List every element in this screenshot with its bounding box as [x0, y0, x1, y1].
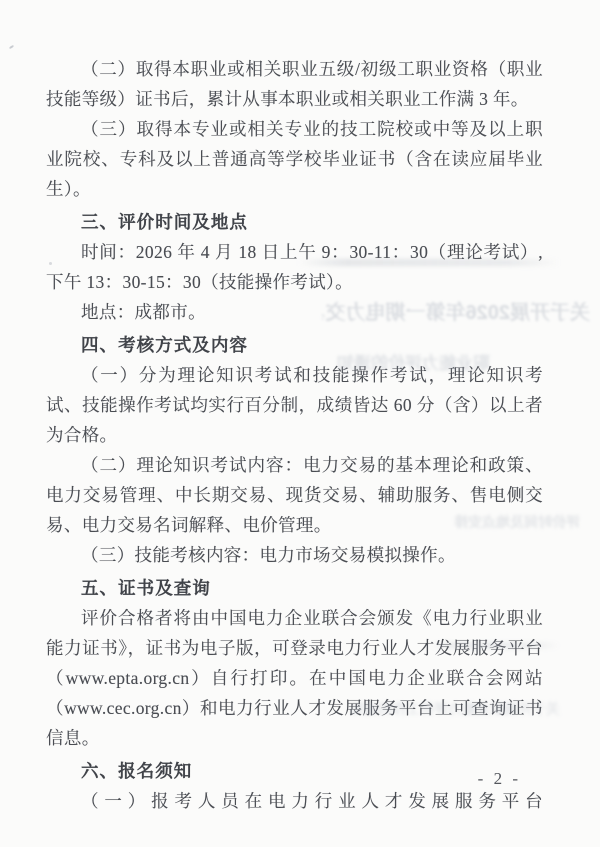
page-number: - 2 -: [478, 769, 521, 789]
document-page: （二）取得本职业或相关职业五级/初级工职业资格（职业技能等级）证书后，累计从事本…: [0, 0, 600, 847]
paragraph-theory-content: （二）理论知识考试内容：电力交易的基本理论和政策、电力交易管理、中长期交易、现货…: [46, 450, 543, 540]
paragraph-eligibility-2: （二）取得本职业或相关职业五级/初级工职业资格（职业技能等级）证书后，累计从事本…: [46, 54, 543, 114]
scan-speck: [9, 45, 14, 50]
paragraph-eligibility-3: （三）取得本专业或相关专业的技工院校或中等及以上职业院校、专科及以上普通高等学校…: [46, 114, 543, 204]
heading-section-registration: 六、报名须知: [46, 756, 543, 786]
paragraph-assessment-format: （一）分为理论知识考试和技能操作考试，理论知识考试、技能操作考试均实行百分制，成…: [46, 360, 543, 450]
paragraph-exam-time: 时间：2026 年 4 月 18 日上午 9：30-11：30（理论考试）,下午…: [46, 237, 543, 297]
heading-section-time-location: 三、评价时间及地点: [46, 207, 543, 237]
heading-section-assessment: 四、考核方式及内容: [46, 330, 543, 360]
document-body: （二）取得本职业或相关职业五级/初级工职业资格（职业技能等级）证书后，累计从事本…: [46, 54, 543, 816]
paragraph-certificate-info: 评价合格者将由中国电力企业联合会颁发《电力行业职业能力证书》，证书为电子版，可登…: [46, 603, 543, 753]
paragraph-registration-platform: （一）报考人员在电力行业人才发展服务平台: [46, 786, 543, 816]
heading-section-certificate: 五、证书及查询: [46, 573, 543, 603]
paragraph-exam-location: 地点：成都市。: [46, 297, 543, 327]
paragraph-skill-content: （三）技能考核内容：电力市场交易模拟操作。: [46, 540, 543, 570]
